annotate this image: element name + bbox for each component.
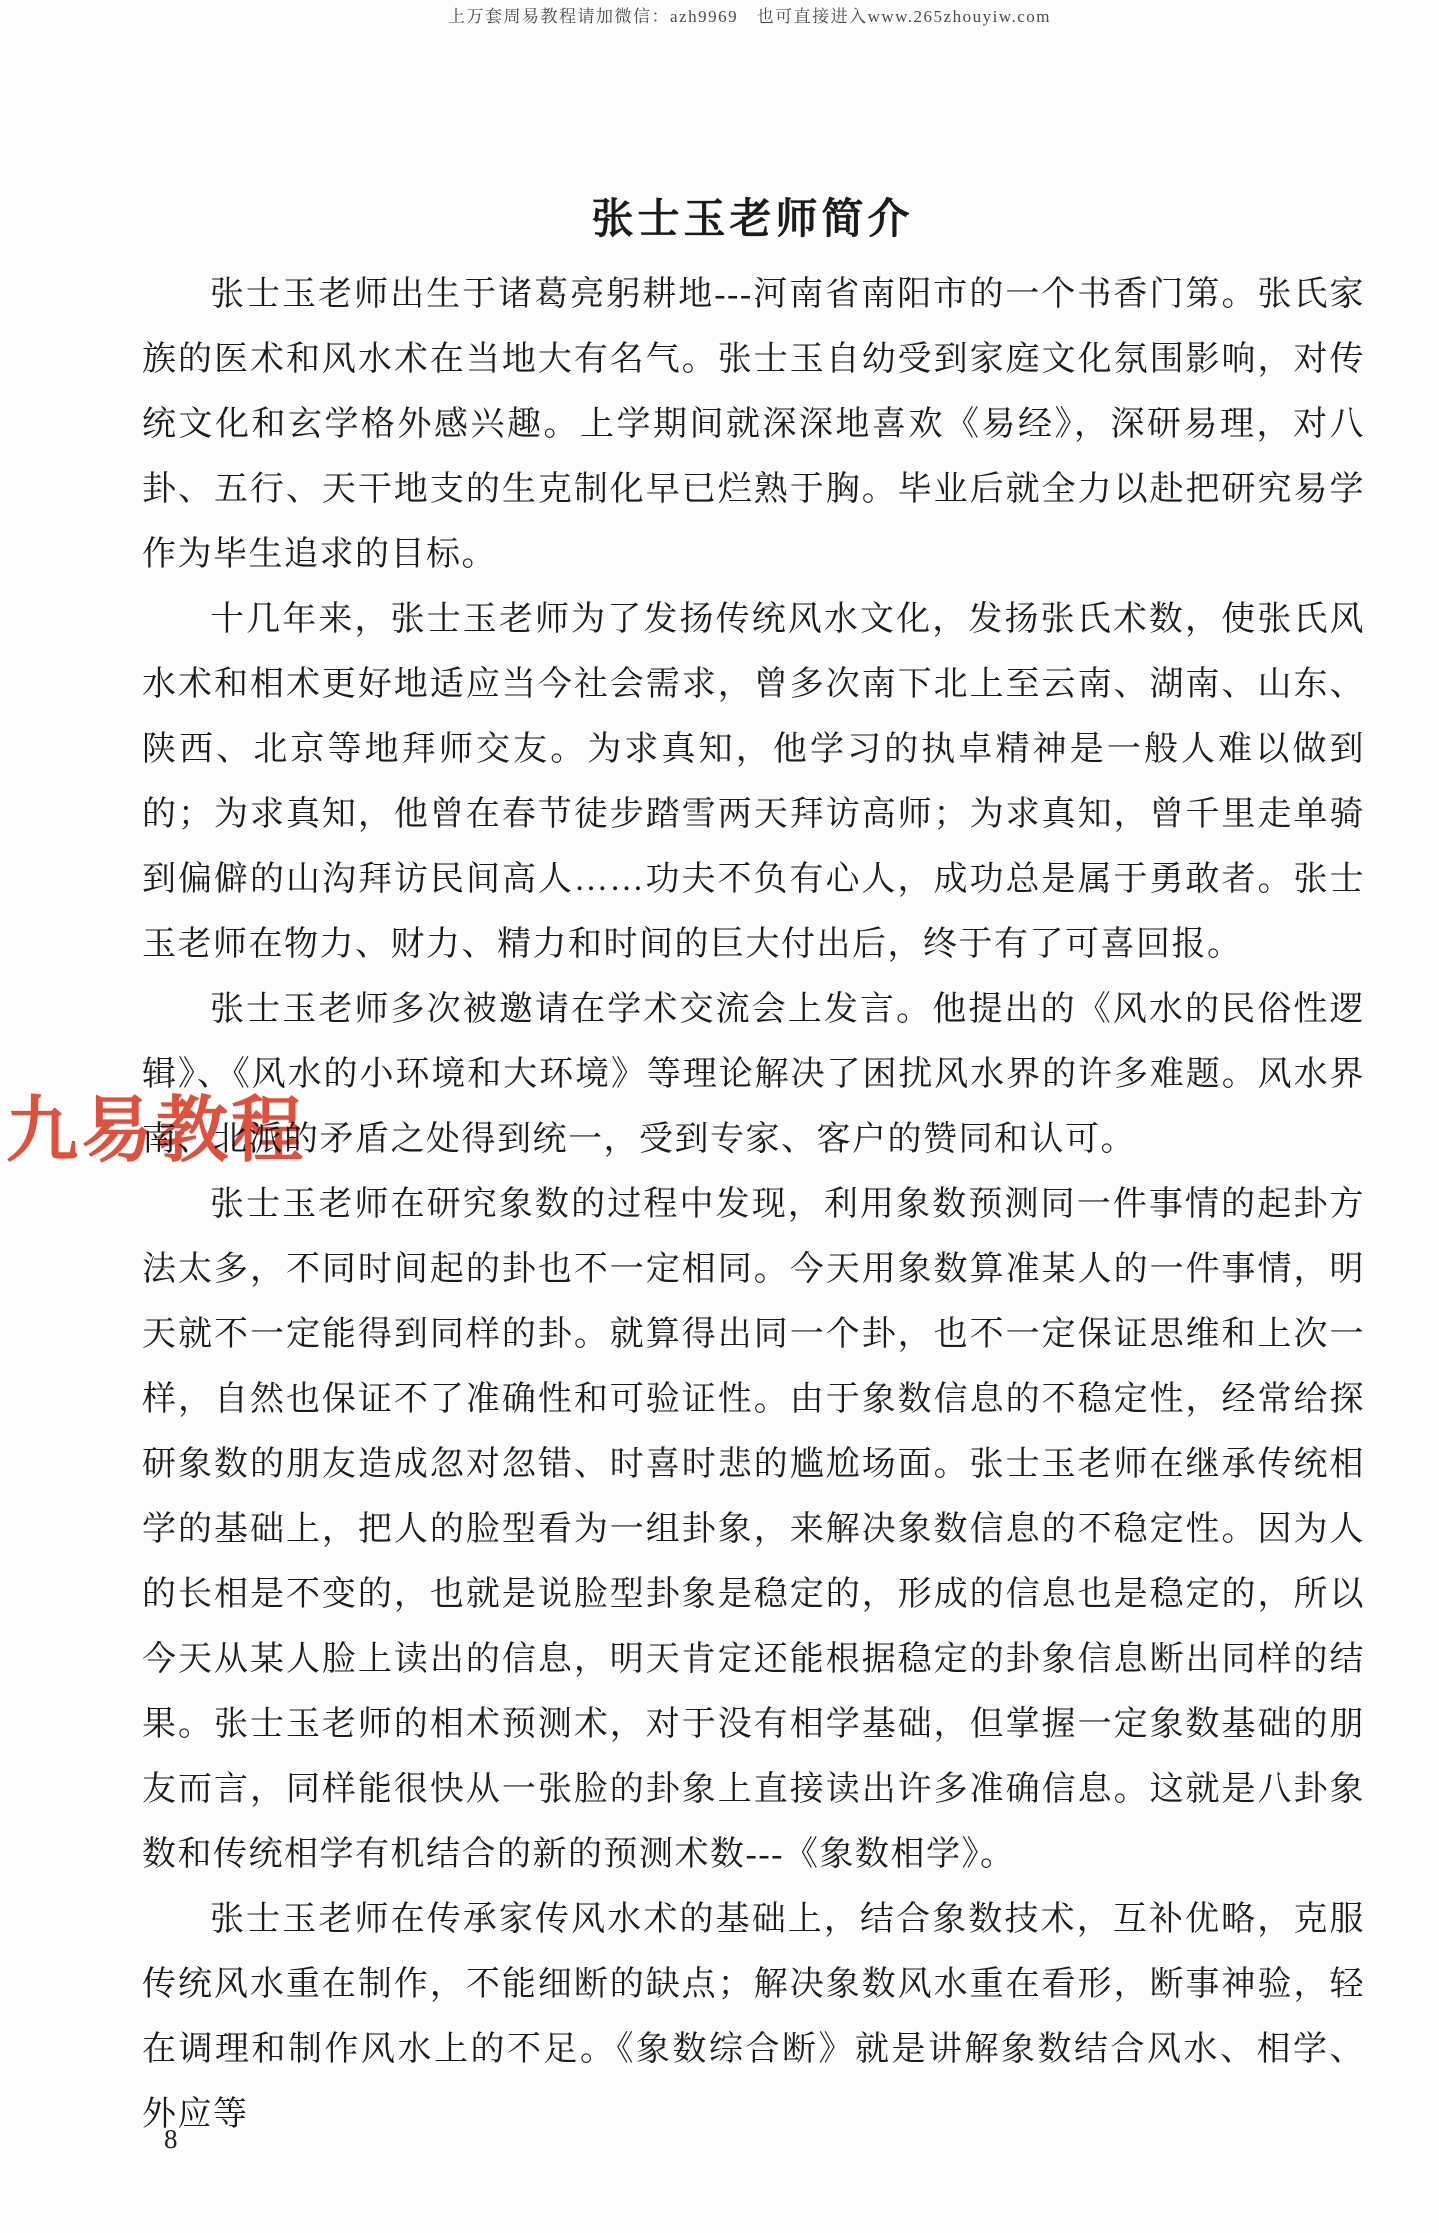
document-body: 张士玉老师出生于诸葛亮躬耕地---河南省南阳市的一个书香门第。张氏家族的医术和风…: [142, 262, 1365, 2147]
paragraph: 张士玉老师出生于诸葛亮躬耕地---河南省南阳市的一个书香门第。张氏家族的医术和风…: [142, 262, 1365, 587]
page-title: 张士玉老师简介: [140, 186, 1365, 246]
scanned-document-page: 上万套周易教程请加微信：azh9969 也可直接进入www.265zhouyiw…: [0, 0, 1439, 2233]
paragraph: 张士玉老师在研究象数的过程中发现，利用象数预测同一件事情的起卦方法太多，不同时间…: [142, 1172, 1365, 1887]
paragraph: 十几年来，张士玉老师为了发扬传统风水文化，发扬张氏术数，使张氏风水术和相术更好地…: [142, 587, 1365, 977]
paragraph: 张士玉老师在传承家传风水术的基础上，结合象数技术，互补优略，克服传统风水重在制作…: [142, 1887, 1365, 2147]
page-number: 8: [164, 2124, 178, 2155]
watermark-text: 九易教程: [6, 1072, 306, 1176]
header-ad-note: 上万套周易教程请加微信：azh9969 也可直接进入www.265zhouyiw…: [0, 2, 1439, 27]
paragraph: 张士玉老师多次被邀请在学术交流会上发言。他提出的《风水的民俗性逻辑》、《风水的小…: [142, 977, 1365, 1172]
